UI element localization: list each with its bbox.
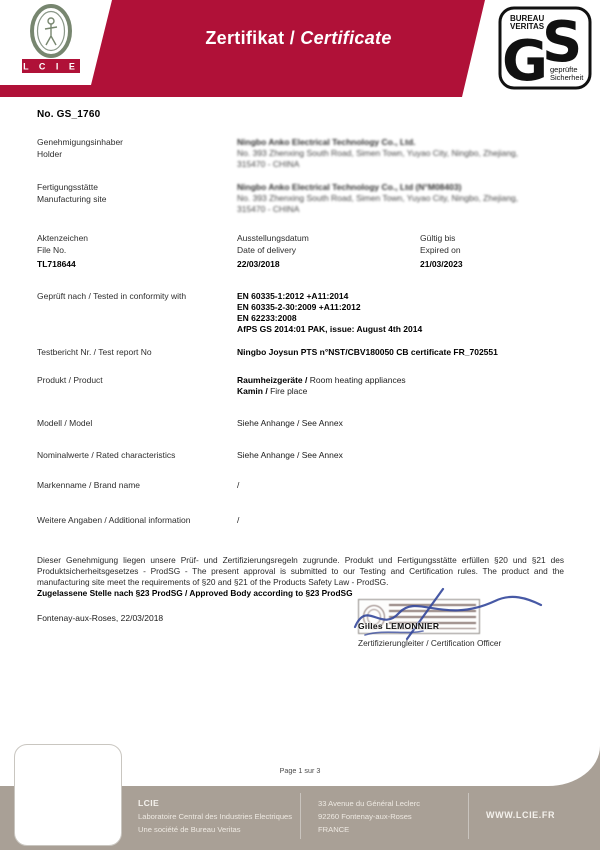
certificate-page: Zertifikat / Certificate L C I E BUREAU …: [0, 0, 600, 850]
manufacturing-site-value: Ningbo Anko Electrical Technology Co., L…: [237, 182, 567, 215]
tested-label: Geprüft nach / Tested in conformity with: [37, 291, 186, 303]
footer-org-name: LCIE: [138, 797, 292, 810]
test-report-label: Testbericht Nr. / Test report No: [37, 347, 152, 359]
gs-tagline2: Sicherheit: [550, 73, 584, 82]
signer-name: Gilles LEMONNIER: [358, 621, 439, 631]
delivery-date-field: Ausstellungsdatum Date of delivery 22/03…: [237, 233, 309, 270]
brand-value: /: [237, 480, 239, 491]
footer-org-desc: Laboratoire Central des Industries Elect…: [138, 810, 292, 823]
page-title: Zertifikat / Certificate: [112, 28, 485, 49]
holder-label: Genehmigungsinhaber Holder: [37, 137, 123, 160]
footer-website-link[interactable]: WWW.LCIE.FR: [486, 810, 555, 820]
test-report-value: Ningbo Joysun PTS n°NST/CBV180050 CB cer…: [237, 347, 567, 358]
expiry-date-field: Gültig bis Expired on 21/03/2023: [420, 233, 463, 270]
standard-line: EN 60335-1:2012 +A11:2014: [237, 291, 557, 302]
holder-value: Ningbo Anko Electrical Technology Co., L…: [237, 137, 567, 170]
footer-blank-card: [14, 744, 122, 846]
standard-line: EN 62233:2008: [237, 313, 557, 324]
rated-label: Nominalwerte / Rated characteristics: [37, 450, 175, 462]
manufacturing-site-label: Fertigungsstätte Manufacturing site: [37, 182, 106, 205]
footer-org-sub: Une société de Bureau Veritas: [138, 823, 292, 836]
tested-standards: EN 60335-1:2012 +A11:2014 EN 60335-2-30:…: [237, 291, 557, 335]
model-value: Siehe Anhange / See Annex: [237, 418, 343, 429]
footer-divider: [468, 793, 469, 839]
file-no-value: TL718644: [37, 259, 88, 270]
product-label: Produkt / Product: [37, 375, 103, 387]
footer-org-block: LCIE Laboratoire Central des Industries …: [138, 797, 292, 836]
footer-address-block: 33 Avenue du Général Leclerc 92260 Fonte…: [318, 797, 420, 836]
model-label: Modell / Model: [37, 418, 92, 430]
footer-divider: [300, 793, 301, 839]
medallion-figure-icon: [48, 18, 54, 24]
rated-value: Siehe Anhange / See Annex: [237, 450, 343, 461]
delivery-date-value: 22/03/2018: [237, 259, 309, 270]
signer-role: Zertifizierungleiter / Certification Off…: [358, 638, 501, 648]
approved-body-line: Zugelassene Stelle nach §23 ProdSG / App…: [37, 588, 564, 599]
product-value: Raumheizgeräte / Room heating appliances…: [237, 375, 567, 397]
title-en: Certificate: [300, 28, 391, 48]
legal-paragraph: Dieser Genehmigung liegen unsere Prüf- u…: [37, 555, 564, 588]
certificate-number: No. GS_1760: [37, 109, 100, 120]
lcie-logo: L C I E: [22, 4, 80, 76]
additional-label: Weitere Angaben / Additional information: [37, 515, 190, 527]
additional-value: /: [237, 515, 239, 526]
standard-line: AfPS GS 2014:01 PAK, issue: August 4th 2…: [237, 324, 557, 335]
file-no-field: Aktenzeichen File No. TL718644: [37, 233, 88, 270]
expiry-date-value: 21/03/2023: [420, 259, 463, 270]
standard-line: EN 60335-2-30:2009 +A11:2012: [237, 302, 557, 313]
title-de: Zertifikat: [205, 28, 284, 48]
brand-label: Markenname / Brand name: [37, 480, 140, 492]
place-date: Fontenay-aux-Roses, 22/03/2018: [37, 613, 163, 624]
gs-mark-logo: BUREAU VERITAS G S geprüfte Sicherheit: [498, 6, 592, 90]
lcie-letters: L C I E: [23, 62, 79, 72]
